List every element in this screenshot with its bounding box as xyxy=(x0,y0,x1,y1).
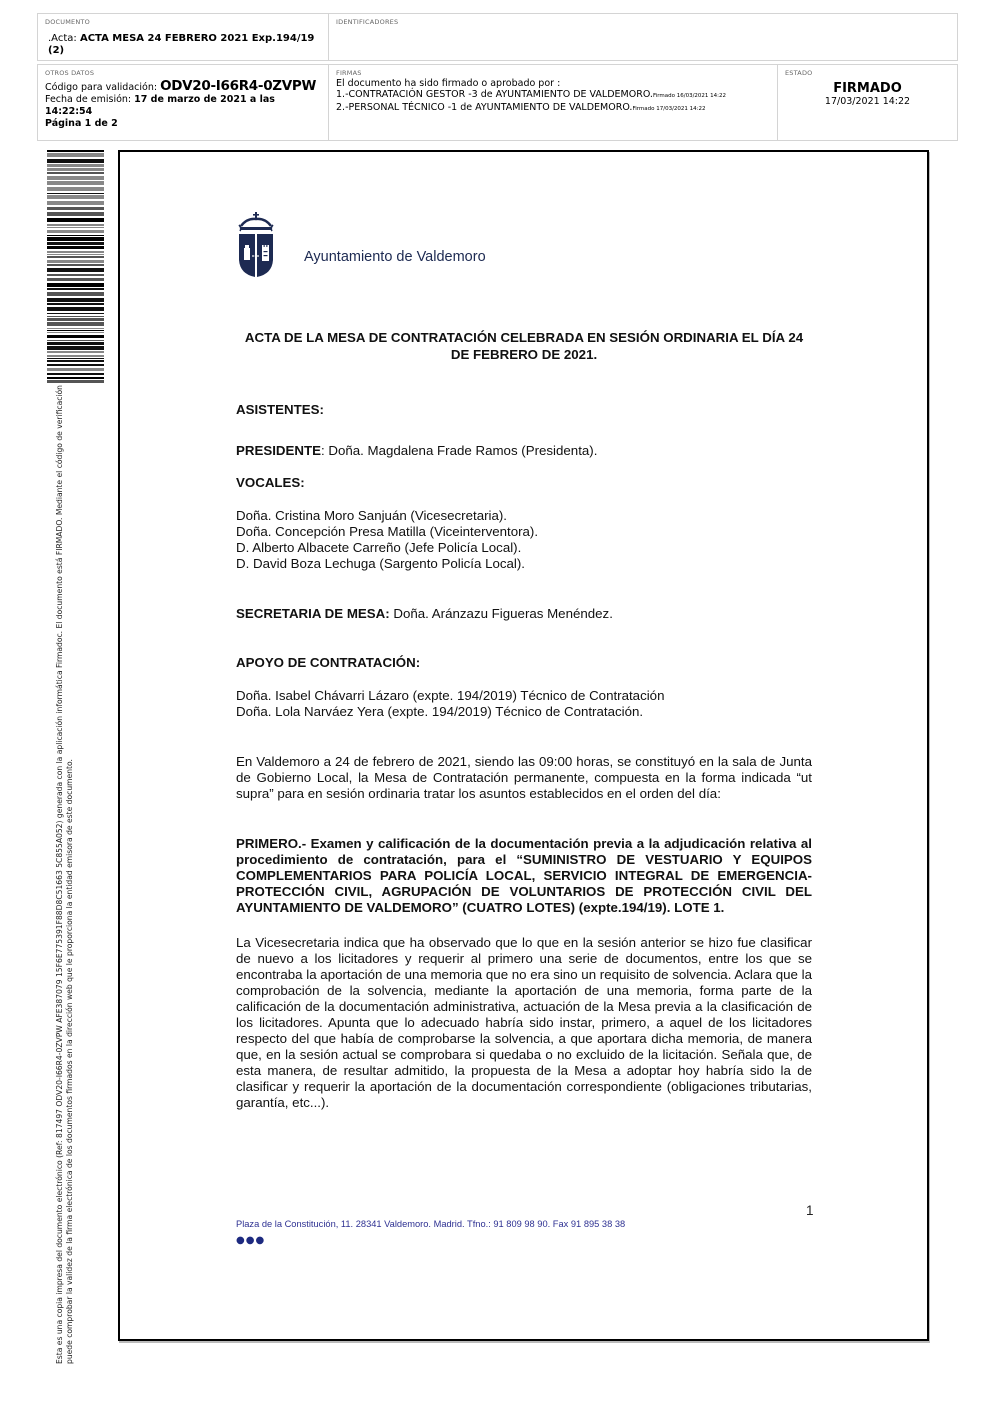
header-row-datos: OTROS DATOS Código para validación: ODV2… xyxy=(37,64,958,141)
document-title-prefix: .Acta: xyxy=(48,33,80,44)
verification-side-text: Esta es una copia impresa del documento … xyxy=(55,394,74,1364)
validation-code-line: Código para validación: ODV20-I66R4-0ZVP… xyxy=(45,80,321,94)
firmas-cell: FIRMAS El documento ha sido firmado o ap… xyxy=(328,65,777,140)
signature-entry: 2.-PERSONAL TÉCNICO -1 de AYUNTAMIENTO D… xyxy=(336,102,770,115)
side-text-line: puede comprobar la validez de la firma e… xyxy=(65,394,75,1364)
vocal-item: Doña. Cristina Moro Sanjuán (Vicesecreta… xyxy=(236,508,812,524)
primero-body: La Vicesecretaria indica que ha observad… xyxy=(236,935,812,1111)
validation-code: ODV20-I66R4-0ZVPW xyxy=(160,78,316,94)
document-title-cont: (2) xyxy=(48,45,64,56)
page-count: Página 1 de 2 xyxy=(45,118,321,130)
apoyo-item: Doña. Isabel Chávarri Lázaro (expte. 194… xyxy=(236,688,812,704)
vocales-list: Doña. Cristina Moro Sanjuán (Vicesecreta… xyxy=(236,508,812,572)
issue-date-label: Fecha de emisión: xyxy=(45,94,134,105)
apoyo-item: Doña. Lola Narváez Yera (expte. 194/2019… xyxy=(236,704,812,720)
presidente-value: : Doña. Magdalena Frade Ramos (President… xyxy=(321,443,597,458)
signature-stamp: Firmado 16/03/2021 14:22 xyxy=(653,93,726,99)
barcode xyxy=(47,150,104,384)
document-title-text: ACTA MESA 24 FEBRERO 2021 Exp.194/19 xyxy=(80,33,314,44)
apoyo-list: Doña. Isabel Chávarri Lázaro (expte. 194… xyxy=(236,688,812,720)
documento-cell: DOCUMENTO .Acta: ACTA MESA 24 FEBRERO 20… xyxy=(38,14,328,60)
identificadores-label: IDENTIFICADORES xyxy=(336,17,950,27)
header-row-documento: DOCUMENTO .Acta: ACTA MESA 24 FEBRERO 20… xyxy=(37,13,958,61)
firmas-intro: El documento ha sido firmado o aprobado … xyxy=(336,78,770,89)
documento-label: DOCUMENTO xyxy=(45,17,321,27)
status-badge: FIRMADO xyxy=(785,82,950,96)
estado-cell: ESTADO FIRMADO 17/03/2021 14:22 xyxy=(777,65,957,140)
vocales-heading: VOCALES: xyxy=(236,475,812,491)
secretaria-label: SECRETARIA DE MESA: xyxy=(236,606,390,621)
apoyo-heading: APOYO DE CONTRATACIÓN: xyxy=(236,655,812,671)
otros-datos-label: OTROS DATOS xyxy=(45,68,321,78)
signer-name: 2.-PERSONAL TÉCNICO -1 de AYUNTAMIENTO D… xyxy=(336,102,632,113)
vocal-item: D. Alberto Albacete Carreño (Jefe Policí… xyxy=(236,540,812,556)
identificadores-cell: IDENTIFICADORES xyxy=(328,14,957,60)
secretaria-line: SECRETARIA DE MESA: Doña. Aránzazu Figue… xyxy=(236,606,812,622)
firmas-label: FIRMAS xyxy=(336,68,770,78)
status-datetime: 17/03/2021 14:22 xyxy=(785,96,950,108)
signature-stamp: Firmado 17/03/2021 14:22 xyxy=(632,106,705,112)
asistentes-heading: ASISTENTES: xyxy=(236,402,812,418)
intro-paragraph: En Valdemoro a 24 de febrero de 2021, si… xyxy=(236,754,812,802)
vocal-item: Doña. Concepción Presa Matilla (Viceinte… xyxy=(236,524,812,540)
side-text-line: Esta es una copia impresa del documento … xyxy=(55,394,65,1364)
otros-datos-cell: OTROS DATOS Código para validación: ODV2… xyxy=(38,65,328,140)
signer-name: 1.-CONTRATACIÓN GESTOR -3 de AYUNTAMIENT… xyxy=(336,89,653,100)
page-number: 1 xyxy=(806,1203,814,1218)
presidente-label: PRESIDENTE xyxy=(236,443,321,458)
presidente-line: PRESIDENTE: Doña. Magdalena Frade Ramos … xyxy=(236,443,812,459)
minutes-title: ACTA DE LA MESA DE CONTRATACIÓN CELEBRAD… xyxy=(236,329,812,363)
estado-label: ESTADO xyxy=(785,68,950,78)
document-page: Ayuntamiento de Valdemoro ACTA DE LA MES… xyxy=(118,150,929,1341)
signature-entry: 1.-CONTRATACIÓN GESTOR -3 de AYUNTAMIENT… xyxy=(336,89,770,102)
secretaria-value: Doña. Aránzazu Figueras Menéndez. xyxy=(390,606,613,621)
validation-code-label: Código para validación: xyxy=(45,82,160,93)
footer-address: Plaza de la Constitución, 11. 28341 Vald… xyxy=(236,1219,625,1229)
vocal-item: D. David Boza Lechuga (Sargento Policía … xyxy=(236,556,812,572)
issue-date-line: Fecha de emisión: 17 de marzo de 2021 a … xyxy=(45,94,321,118)
organization-name: Ayuntamiento de Valdemoro xyxy=(304,249,486,265)
document-title: .Acta: ACTA MESA 24 FEBRERO 2021 Exp.194… xyxy=(48,33,321,57)
footer-dots-icon: ●●● xyxy=(236,1235,265,1246)
coat-of-arms-icon xyxy=(238,212,274,278)
primero-heading: PRIMERO.- Examen y calificación de la do… xyxy=(236,836,812,916)
